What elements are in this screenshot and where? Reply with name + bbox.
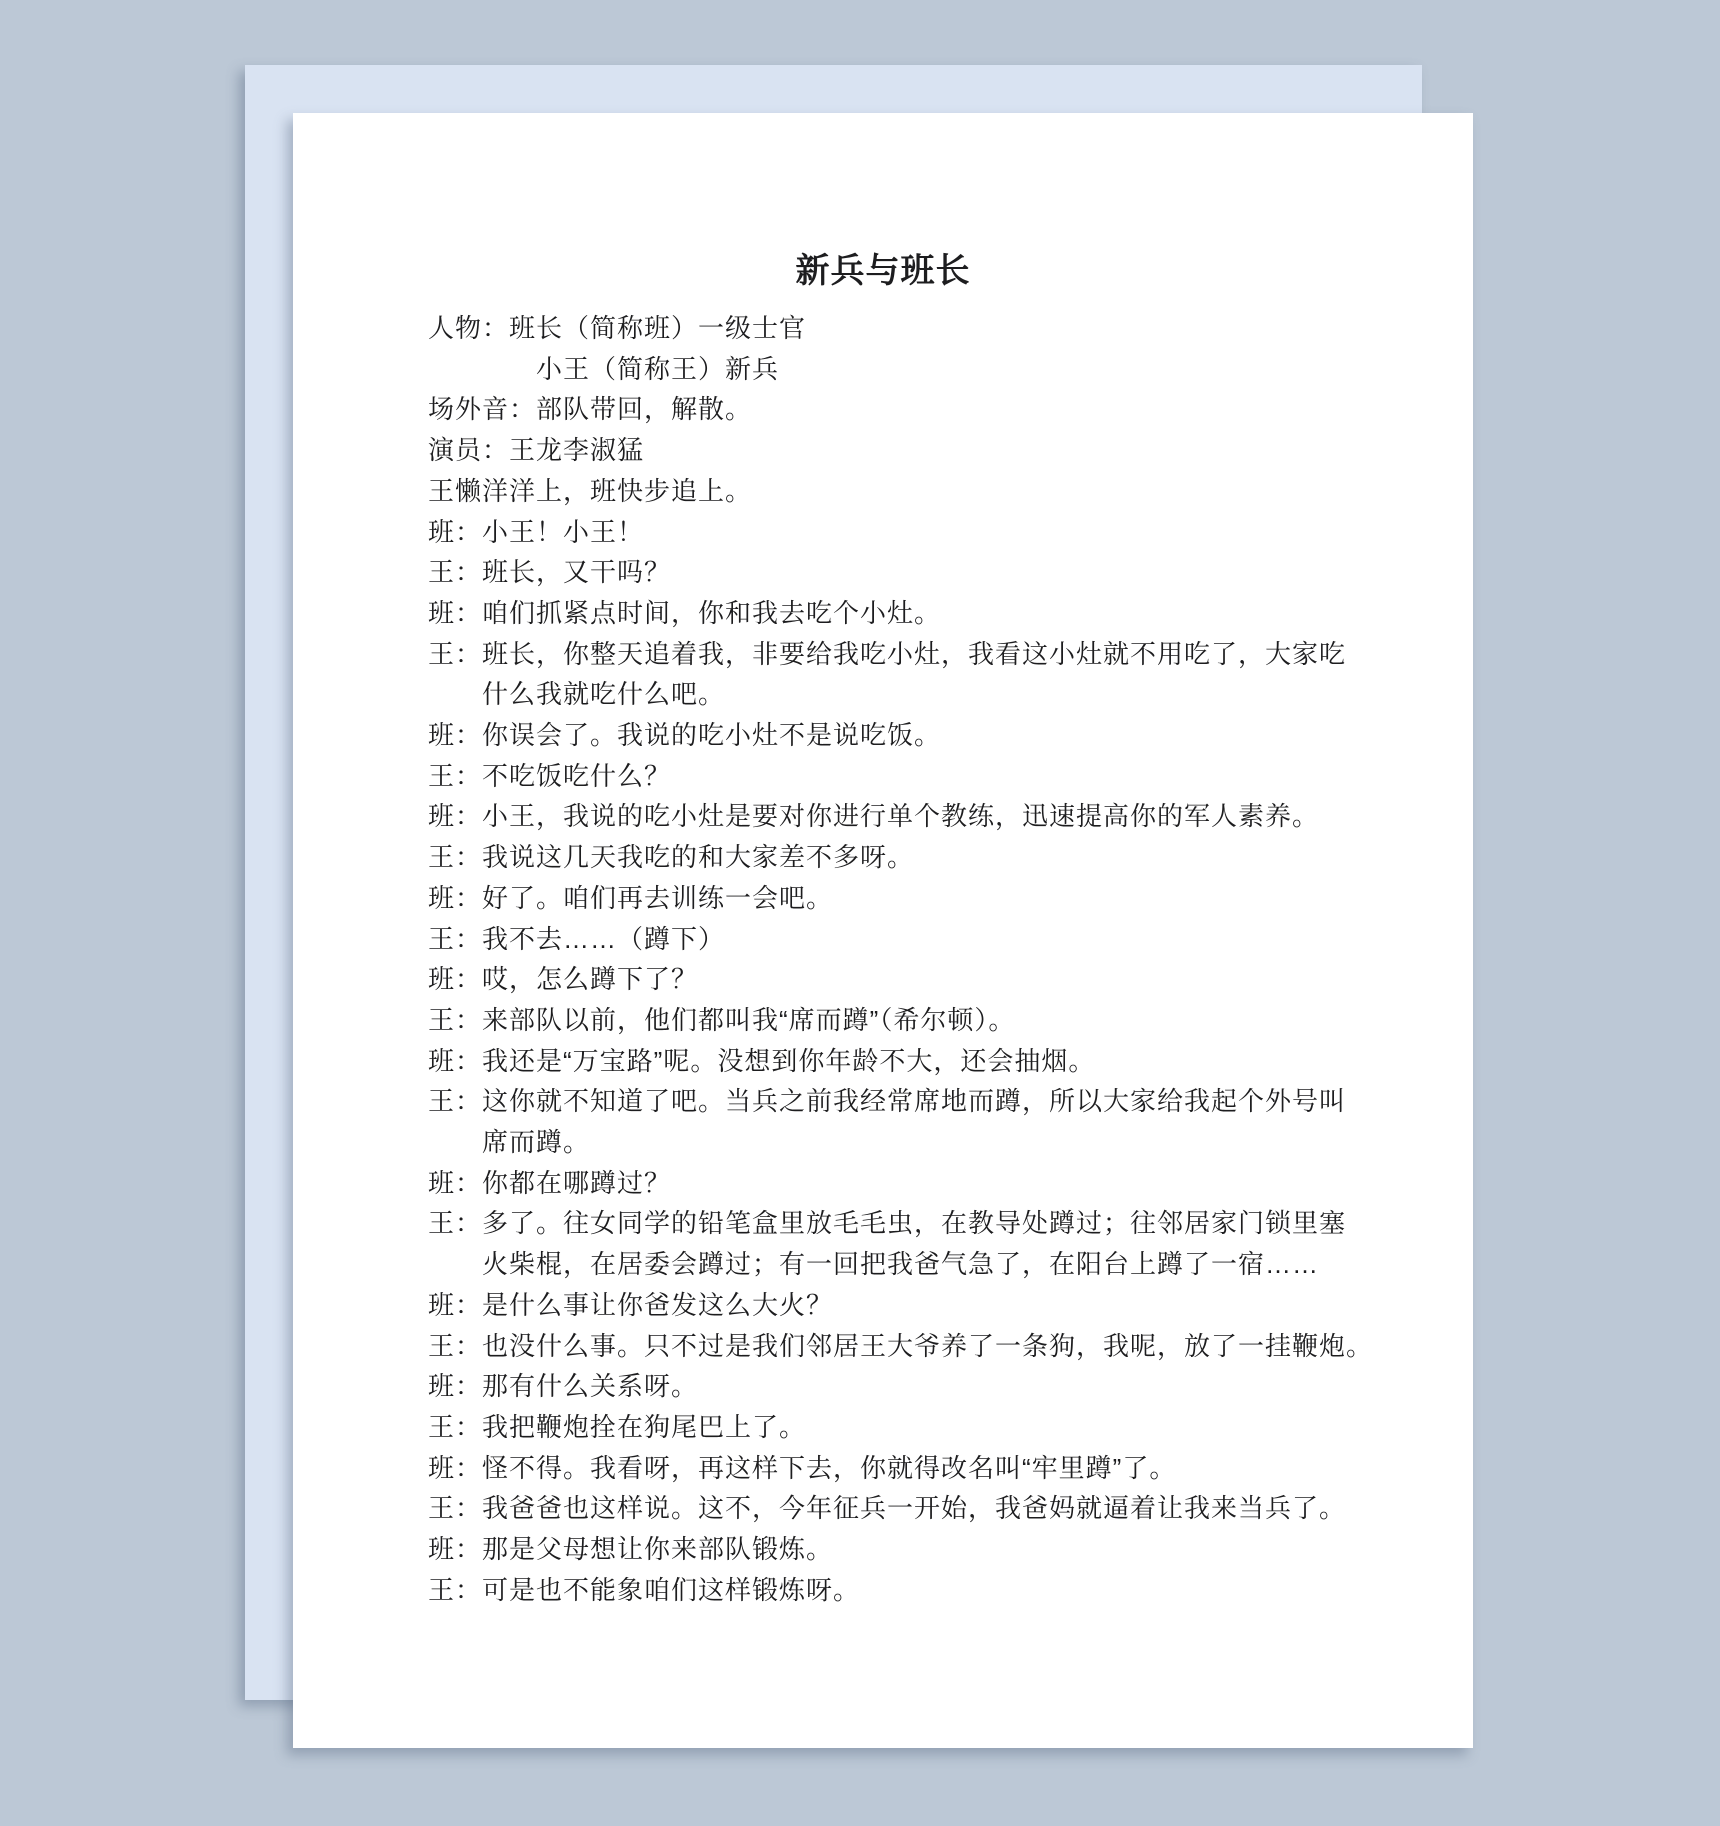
script-line: 班：那有什么关系呀。 <box>428 1366 1418 1407</box>
script-line: 王：多了。往女同学的铅笔盒里放毛毛虫，在教导处蹲过；往邻居家门锁里塞 <box>428 1203 1418 1244</box>
script-line: 王：班长，你整天追着我，非要给我吃小灶，我看这小灶就不用吃了，大家吃 <box>428 634 1418 675</box>
script-line: 王：也没什么事。只不过是我们邻居王大爷养了一条狗，我呢，放了一挂鞭炮。 <box>428 1326 1418 1367</box>
script-line: 王：我把鞭炮拴在狗尾巴上了。 <box>428 1407 1418 1448</box>
script-line: 席而蹲。 <box>428 1122 1418 1163</box>
script-line: 班：怪不得。我看呀，再这样下去，你就得改名叫“牢里蹲”了。 <box>428 1448 1418 1489</box>
script-line: 班：哎，怎么蹲下了？ <box>428 959 1418 1000</box>
script-line: 王：我说这几天我吃的和大家差不多呀。 <box>428 837 1418 878</box>
script-line: 班：小王，我说的吃小灶是要对你进行单个教练，迅速提高你的军人素养。 <box>428 796 1418 837</box>
script-line: 班：我还是“万宝路”呢。没想到你年龄不大，还会抽烟。 <box>428 1041 1418 1082</box>
script-line: 火柴棍，在居委会蹲过；有一回把我爸气急了，在阳台上蹲了一宿…… <box>428 1244 1418 1285</box>
script-line: 班：那是父母想让你来部队锻炼。 <box>428 1529 1418 1570</box>
script-line: 演员：王龙李淑猛 <box>428 430 1418 471</box>
script-line: 班：你误会了。我说的吃小灶不是说吃饭。 <box>428 715 1418 756</box>
script-line: 班：小王！小王！ <box>428 512 1418 553</box>
script-line: 王：我不去……（蹲下） <box>428 919 1418 960</box>
script-line: 王：来部队以前，他们都叫我“席而蹲”（希尔顿）。 <box>428 1000 1418 1041</box>
script-line: 王：不吃饭吃什么？ <box>428 756 1418 797</box>
script-line: 小王（简称王）新兵 <box>428 349 1418 390</box>
script-line: 王懒洋洋上，班快步追上。 <box>428 471 1418 512</box>
page-title: 新兵与班长 <box>293 251 1473 291</box>
script-line: 王：我爸爸也这样说。这不，今年征兵一开始，我爸妈就逼着让我来当兵了。 <box>428 1488 1418 1529</box>
script-line: 王：这你就不知道了吧。当兵之前我经常席地而蹲，所以大家给我起个外号叫 <box>428 1081 1418 1122</box>
script-line: 班：咱们抓紧点时间，你和我去吃个小灶。 <box>428 593 1418 634</box>
script-line: 班：是什么事让你爸发这么大火？ <box>428 1285 1418 1326</box>
script-line: 场外音：部队带回，解散。 <box>428 389 1418 430</box>
script-line: 班：好了。咱们再去训练一会吧。 <box>428 878 1418 919</box>
script-body: 人物：班长（简称班）一级士官小王（简称王）新兵场外音：部队带回，解散。演员：王龙… <box>428 308 1418 1611</box>
script-line: 王：可是也不能象咱们这样锻炼呀。 <box>428 1570 1418 1611</box>
script-line: 人物：班长（简称班）一级士官 <box>428 308 1418 349</box>
script-line: 什么我就吃什么吧。 <box>428 674 1418 715</box>
desk-background: 新兵与班长 人物：班长（简称班）一级士官小王（简称王）新兵场外音：部队带回，解散… <box>0 0 1720 1826</box>
script-line: 班：你都在哪蹲过？ <box>428 1163 1418 1204</box>
document-page: 新兵与班长 人物：班长（简称班）一级士官小王（简称王）新兵场外音：部队带回，解散… <box>293 113 1473 1748</box>
script-line: 王：班长，又干吗？ <box>428 552 1418 593</box>
